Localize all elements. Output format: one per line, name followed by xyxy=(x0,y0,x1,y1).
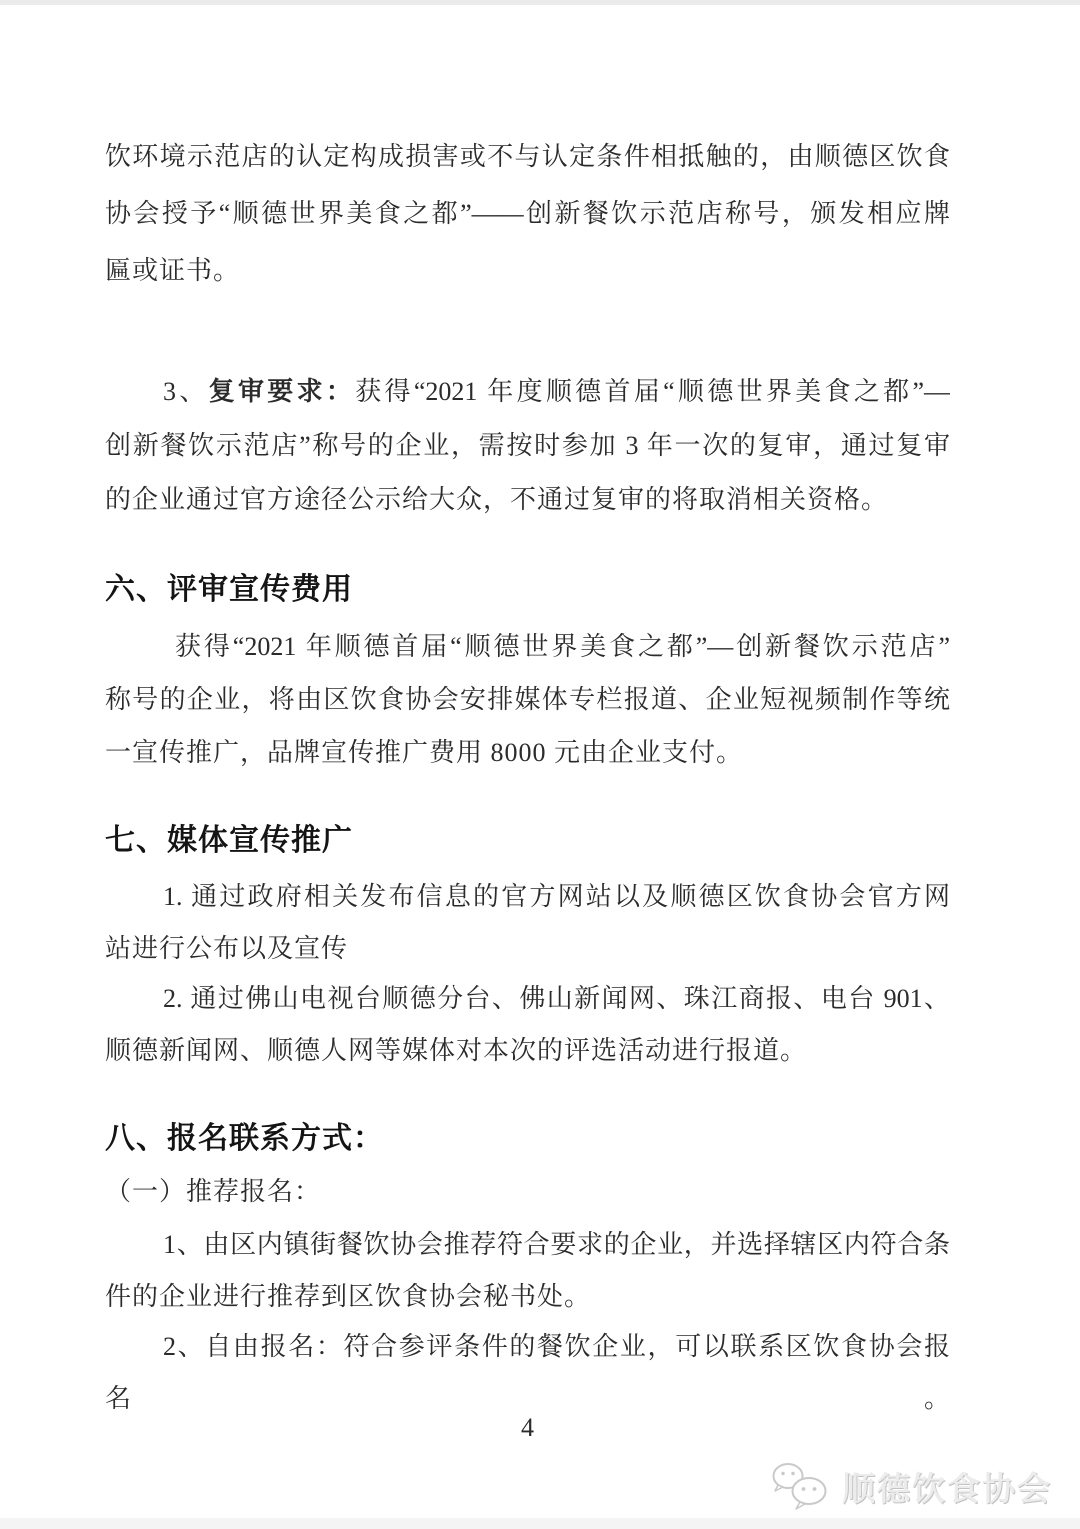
item-number: 3、 xyxy=(163,377,209,406)
doc-line: 站进行公布以及宣传 xyxy=(105,923,950,975)
doc-line: 的企业通过官方途径公示给大众，不通过复审的将取消相关资格。 xyxy=(105,473,950,527)
section-eight-subheading: （一）推荐报名： xyxy=(105,1166,950,1218)
item-bold-label: 复审要求： xyxy=(209,377,356,406)
watermark-label: 顺德饮食协会 xyxy=(842,1463,1052,1510)
doc-line: 件的企业进行推荐到区饮食协会秘书处。 xyxy=(105,1271,950,1323)
wechat-watermark: 顺德饮食协会 xyxy=(770,1460,1052,1512)
page-bottom-edge xyxy=(0,1518,1080,1529)
section-six-heading: 六、评审宣传费用 xyxy=(105,572,950,608)
document-page: 饮环境示范店的认定构成损害或不与认定条件相抵触的，由顺德区饮食 协会授予“顺德世… xyxy=(0,0,1080,1529)
doc-line: 2. 通过佛山电视台顺德分台、佛山新闻网、珠江商报、电台 901、 xyxy=(105,973,950,1025)
doc-line: 协会授予“顺德世界美食之都”——创新餐饮示范店称号，颁发相应牌 xyxy=(105,185,950,242)
wechat-icon xyxy=(770,1461,832,1511)
paragraph-section-eight-item1: 1、由区内镇街餐饮协会推荐符合要求的企业，并选择辖区内符合条 件的企业进行推荐到… xyxy=(105,1219,950,1323)
page-number: 4 xyxy=(105,1412,950,1444)
section-seven-heading: 七、媒体宣传推广 xyxy=(105,823,950,859)
section-eight-heading: 八、报名联系方式： xyxy=(105,1121,950,1157)
doc-line: 创新餐饮示范店”称号的企业，需按时参加 3 年一次的复审，通过复审 xyxy=(105,419,950,473)
paragraph-section-six: 获得“2021 年顺德首届“顺德世界美食之都”—创新餐饮示范店” 称号的企业，将… xyxy=(105,620,950,779)
paragraph-review-requirement: 3、复审要求：获得“2021 年度顺德首届“顺德世界美食之都”— 创新餐饮示范店… xyxy=(105,365,950,527)
doc-line: 1. 通过政府相关发布信息的官方网站以及顺德区饮食协会官方网 xyxy=(105,871,950,923)
doc-line: 一宣传推广，品牌宣传推广费用 8000 元由企业支付。 xyxy=(105,726,950,779)
page-top-edge xyxy=(0,0,1080,5)
doc-line: 2、自由报名：符合参评条件的餐饮企业，可以联系区饮食协会报名。 xyxy=(105,1321,950,1425)
paragraph-section-seven-item2: 2. 通过佛山电视台顺德分台、佛山新闻网、珠江商报、电台 901、 顺德新闻网、… xyxy=(105,973,950,1077)
paragraph-section-seven-item1: 1. 通过政府相关发布信息的官方网站以及顺德区饮食协会官方网 站进行公布以及宣传 xyxy=(105,871,950,975)
doc-line: 3、复审要求：获得“2021 年度顺德首届“顺德世界美食之都”— xyxy=(105,365,950,419)
item-text: 获得“2021 年度顺德首届“顺德世界美食之都”— xyxy=(355,377,950,406)
doc-line: 匾或证书。 xyxy=(105,242,950,299)
doc-line: 称号的企业，将由区饮食协会安排媒体专栏报道、企业短视频制作等统 xyxy=(105,673,950,726)
doc-line: 获得“2021 年顺德首届“顺德世界美食之都”—创新餐饮示范店” xyxy=(105,620,950,673)
doc-line: 1、由区内镇街餐饮协会推荐符合要求的企业，并选择辖区内符合条 xyxy=(105,1219,950,1271)
paragraph-carryover: 饮环境示范店的认定构成损害或不与认定条件相抵触的，由顺德区饮食 协会授予“顺德世… xyxy=(105,128,950,299)
doc-line: 饮环境示范店的认定构成损害或不与认定条件相抵触的，由顺德区饮食 xyxy=(105,128,950,185)
doc-line: 顺德新闻网、顺德人网等媒体对本次的评选活动进行报道。 xyxy=(105,1025,950,1077)
paragraph-section-eight-item2: 2、自由报名：符合参评条件的餐饮企业，可以联系区饮食协会报名。 xyxy=(105,1321,950,1425)
